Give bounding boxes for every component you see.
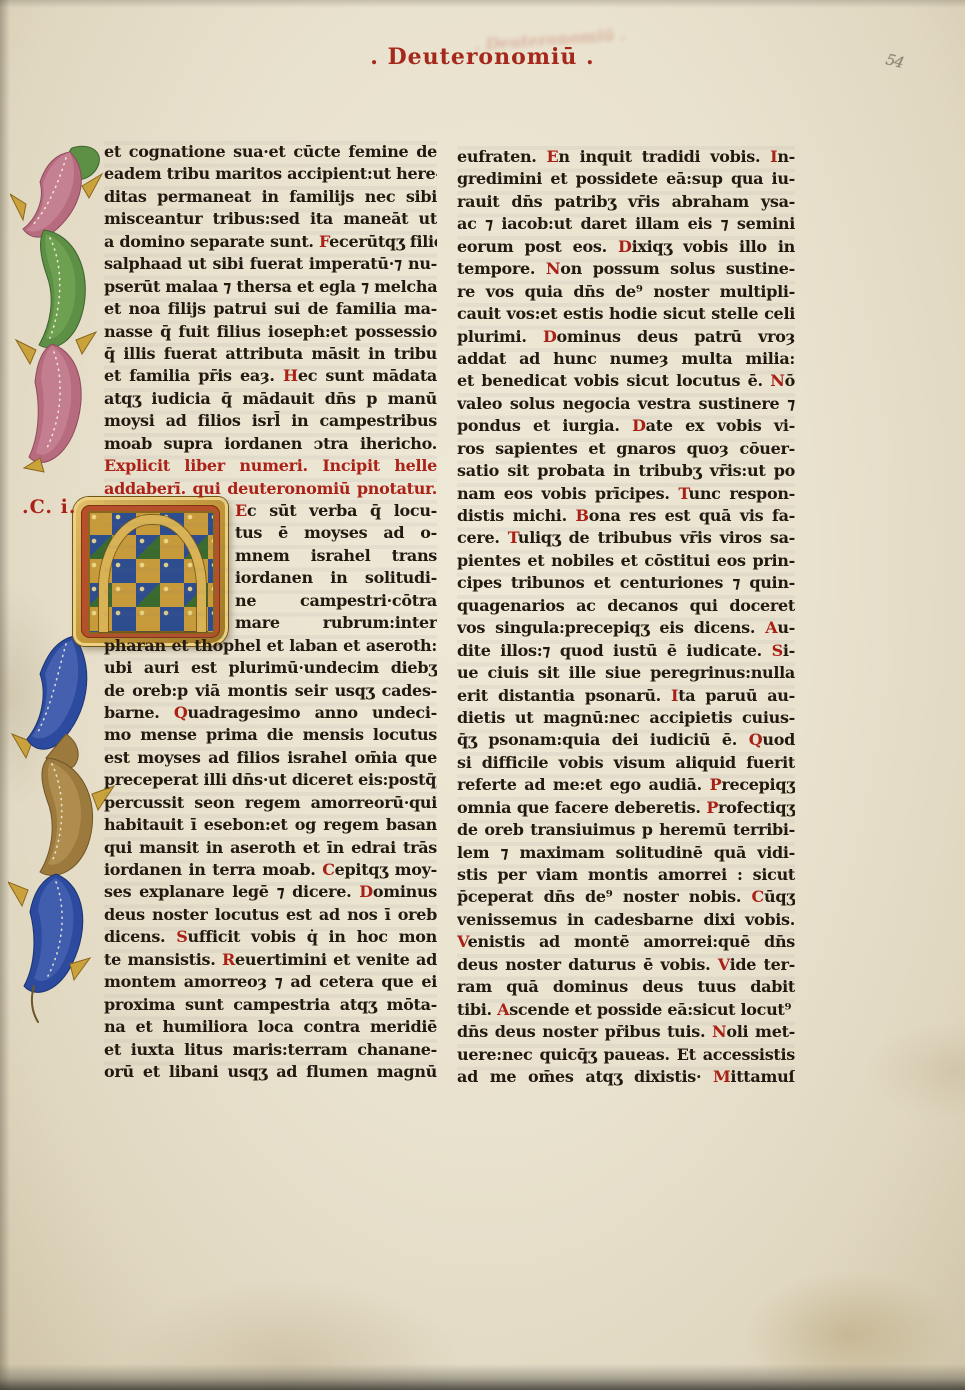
text-line: de oreb transiuimus p heremū terribi-: [457, 819, 795, 841]
text-line: moab supra iordanen ɔtra ihericho.: [104, 433, 437, 455]
text-line: deus noster daturus ē vobis. Vide ter-: [457, 954, 795, 976]
text-line: a domino separate sunt. Fecerūtqʒ filie: [104, 231, 437, 253]
red-touched-capital: S: [176, 927, 187, 946]
red-touched-capital: Q: [174, 703, 188, 722]
text-line: uere:nec quicq̄ʒ paueas. Et accessistis: [457, 1044, 795, 1066]
text-line: referte ad me:et ego audiā. Precepiqʒ: [457, 774, 795, 796]
text-line: gredimini et possidete eā:sup qua iu-: [457, 168, 795, 190]
red-touched-capital: T: [678, 484, 688, 503]
text-line: te mansistis. Reuertimini et venite ad: [104, 949, 437, 971]
red-touched-capital: Q: [749, 730, 763, 749]
text-line: ubi auri est plurimū·undecim diebʒ: [104, 657, 437, 679]
red-touched-capital: R: [222, 950, 235, 969]
text-line: distis michi. Bona res est quā vis fa-: [457, 505, 795, 527]
text-line: et noa filijs patrui sui de familia ma-: [104, 298, 437, 320]
text-line: dite illos:⁊ quod iustū ē iudicate. Si-: [457, 640, 795, 662]
text-line: salphaad ut sibi fuerat imperatū·⁊ nu-: [104, 253, 437, 275]
text-line: na et humiliora loca contra meridiē: [104, 1016, 437, 1038]
text-line: percussit seon regem amorreorū·qui: [104, 792, 437, 814]
red-touched-capital: C: [752, 887, 764, 906]
text-line: plurimi. Dominus deus patrū vroȝ: [457, 326, 795, 348]
page-bottom-shadow: [0, 1364, 965, 1390]
text-line: erit distantia psonarū. Ita paruū au-: [457, 685, 795, 707]
text-line: rauit dn̄s patribʒ vr̄is abraham ysa-: [457, 191, 795, 213]
text-line: deus noster locutus est ad nos ī oreb: [104, 904, 437, 926]
text-line: ue ciuis sit ille siue peregrinus:nulla: [457, 662, 795, 684]
text-line: eadem tribu maritos accipient:ut here-: [104, 163, 437, 185]
red-touched-capital: P: [710, 775, 722, 794]
red-touched-capital: H: [283, 366, 298, 385]
chapter-marker: .C. i.: [22, 496, 76, 518]
red-touched-capital: D: [632, 416, 646, 435]
text-column-left: et cognatione sua·et cūcte femine deeade…: [104, 141, 437, 1083]
red-touched-capital: N: [712, 1022, 726, 1041]
text-line: mare rubrum:inter: [235, 612, 437, 634]
red-touched-capital: T: [508, 528, 518, 547]
red-touched-capital: I: [671, 686, 678, 705]
text-line: quagenarios ac decanos qui doceret: [457, 595, 795, 617]
text-line: de oreb:p viā montis seir usqʒ cades-: [104, 680, 437, 702]
red-touched-capital: N: [770, 371, 784, 390]
text-line: ros sapientes et gnaros quoȝ cōuer-: [457, 438, 795, 460]
text-line: nam eos vobis prīcipes. Tunc respon-: [457, 483, 795, 505]
text-line: ac ⁊ iacob:ut daret illam eis ⁊ semini: [457, 213, 795, 235]
text-line: p̄ceperat dn̄s de⁹ noster nobis. Cūqʒ: [457, 886, 795, 908]
text-line: ram quā dominus deus tuus dabit: [457, 976, 795, 998]
text-line: satio sit probata in tribubʒ vr̄is:ut po: [457, 460, 795, 482]
text-line: venissemus in cadesbarne dixi vobis.: [457, 909, 795, 931]
red-touched-capital: E: [546, 147, 558, 166]
text-line: ses explanare legē ⁊ dicere. Dominus: [104, 881, 437, 903]
red-touched-capital: E: [235, 501, 247, 520]
text-line: cauit vos:et estis hodie sicut stelle ce…: [457, 303, 795, 325]
text-line: moysi ad filios isrl̄ in campestribus: [104, 410, 437, 432]
text-line: Ec sūt verba q̄ locu-: [235, 500, 437, 522]
red-touched-capital: D: [618, 237, 632, 256]
text-line: Venistis ad montē amorrei:quē dn̄s: [457, 931, 795, 953]
text-line: barne. Quadragesimo anno undeci-: [104, 702, 437, 724]
text-line: tus ē moyses ad o-: [235, 522, 437, 544]
text-line: dicens. Sufficit vobis q̇ in hoc mon: [104, 926, 437, 948]
text-line: vos singula:precepiqʒ eis dicens. Au-: [457, 617, 795, 639]
text-line: cipes tribunos et centuriones ⁊ quin-: [457, 572, 795, 594]
text-line: dn̄s deus noster pr̄ibus tuis. Noli met-: [457, 1021, 795, 1043]
text-line: pserūt malaa ⁊ thersa et egla ⁊ melcha: [104, 276, 437, 298]
text-line: eorum post eos. Dixiqʒ vobis illo in: [457, 236, 795, 258]
text-line: et iuxta litus maris:terram chanane-: [104, 1039, 437, 1061]
text-line: est moyses ad filios israhel om̄ia que: [104, 747, 437, 769]
text-line: et benedicat vobis sicut locutus ē. Nō: [457, 370, 795, 392]
red-touched-capital: V: [718, 955, 730, 974]
red-touched-capital: N: [546, 259, 560, 278]
text-line: omnia que facere deberetis. Profectiqʒ: [457, 797, 795, 819]
text-line: mo mense prima die mensis locutus: [104, 724, 437, 746]
red-touched-capital: C: [322, 860, 334, 879]
text-line: mnem israhel trans: [235, 545, 437, 567]
text-line: et cognatione sua·et cūcte femine de: [104, 141, 437, 163]
text-line: re vos quia dn̄s de⁹ noster multipli-: [457, 281, 795, 303]
text-line: cere. Tuliqʒ de tribubus vr̄is viros sa-: [457, 527, 795, 549]
text-line: iordanen in solitudi-: [235, 567, 437, 589]
text-line: ad me om̄es atqʒ dixistis· Mittamuſ: [457, 1066, 795, 1088]
text-line: preceperat illi dn̄s·ut diceret eis:post…: [104, 769, 437, 791]
red-touched-capital: B: [576, 506, 589, 525]
red-touched-capital: M: [713, 1067, 730, 1086]
text-line: misceantur tribus:sed ita maneāt ut: [104, 208, 437, 230]
text-line: ditas permaneat in familijs nec sibi: [104, 186, 437, 208]
red-touched-capital: A: [497, 1000, 509, 1019]
text-line: q̄ illis fuerat attributa māsit in tribu: [104, 343, 437, 365]
red-touched-capital: S: [772, 641, 783, 660]
rubric-line: Explicit liber numeri. Incipit helle: [104, 455, 437, 477]
text-line: iordanen in terra moab. Cepitqʒ moy-: [104, 859, 437, 881]
running-title: . Deuteronomiū .: [0, 44, 965, 70]
text-line: eufraten. En inquit tradidi vobis. In-: [457, 146, 795, 168]
rubric-line: addaberī. qui deuteronomiū pnotatur.: [104, 478, 437, 500]
text-line: dietis ut magnū:nec accipietis cuius-: [457, 707, 795, 729]
text-line: tempore. Non possum solus sustine-: [457, 258, 795, 280]
text-line: tibi. Ascende et posside eā:sicut locut⁹…: [457, 999, 795, 1021]
text-line: pondus et iurgia. Date ex vobis vi-: [457, 415, 795, 437]
text-line: habitauit ī esebon:et og regem basan: [104, 814, 437, 836]
text-line: atqʒ iudicia q̄ mādauit dn̄s p manū: [104, 388, 437, 410]
red-touched-capital: D: [543, 327, 557, 346]
text-line: et familia pr̄is eaȝ. Hec sunt mādata: [104, 365, 437, 387]
red-touched-capital: A: [765, 618, 777, 637]
red-touched-capital: D: [359, 882, 373, 901]
text-line: addat ad hunc numeȝ multa milia:: [457, 348, 795, 370]
red-touched-capital: V: [457, 932, 468, 951]
manuscript-page: . Deuteronomiū . . Deuteronomiū . 54: [0, 0, 965, 1390]
text-line: si difficile vobis visum aliquid fuerit: [457, 752, 795, 774]
text-line: proxima sunt campestria atqʒ mōta-: [104, 994, 437, 1016]
text-line: valeo solus negocia vestra sustinere ⁊: [457, 393, 795, 415]
text-line: q̄ʒ psonam:quia dei iudiciū ē. Quod: [457, 729, 795, 751]
text-line: lem ⁊ maximam solitudinē quā vidi-: [457, 842, 795, 864]
acanthus-border-top-icon: [10, 142, 114, 474]
red-touched-capital: P: [706, 798, 718, 817]
text-line: nasse q̄ fuit filius ioseph:et possessio: [104, 321, 437, 343]
text-column-right: eufraten. En inquit tradidi vobis. In-gr…: [457, 146, 795, 1088]
text-line: montem amorreoȝ ⁊ ad cetera que ei: [104, 971, 437, 993]
red-touched-capital: F: [319, 232, 329, 251]
text-line: qui mansit in aseroth et īn edrai trās: [104, 837, 437, 859]
text-line: pientes et nobiles et cōstitui eos prin-: [457, 550, 795, 572]
red-touched-capital: I: [770, 147, 777, 166]
text-line: stis per viam montis amorrei : sicut: [457, 864, 795, 886]
page-top-shadow: [0, 0, 965, 8]
text-line: pharan et thophel et laban et aseroth:: [104, 635, 437, 657]
text-line: orū et libani usqʒ ad flumen magnū: [104, 1061, 437, 1083]
text-line: ne campestri·cōtra: [235, 590, 437, 612]
